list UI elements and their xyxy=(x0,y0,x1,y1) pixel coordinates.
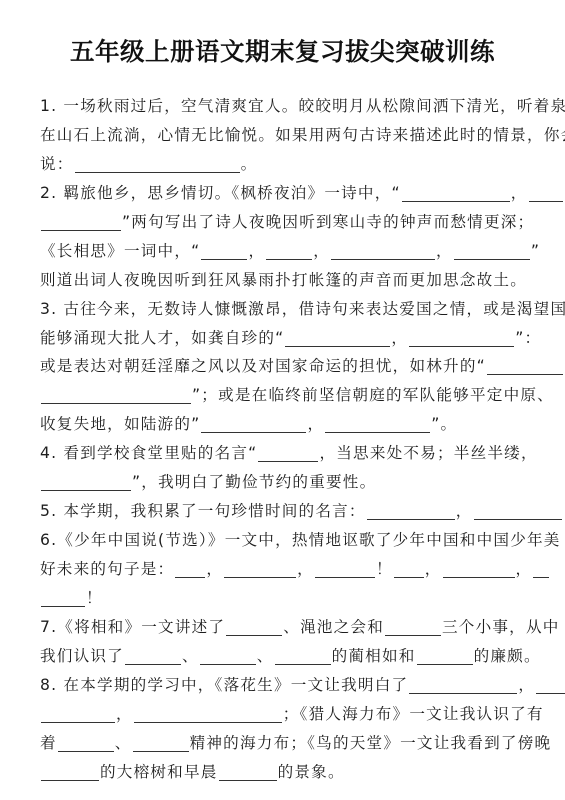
worksheet-body: 1. 一场秋雨过后，空气清爽宜人。皎皎明月从松隙间洒下清光，听着泉水在山石上流淌… xyxy=(40,92,540,787)
answer-blank[interactable] xyxy=(125,647,181,665)
question-text: ， xyxy=(511,184,528,202)
question-text: ， xyxy=(116,705,133,723)
answer-blank[interactable] xyxy=(266,242,312,260)
question-text: 、渑池之会和 xyxy=(283,618,384,636)
question-text: 的大榕树和早晨 xyxy=(100,763,218,781)
question-line: 3. 古往今来，无数诗人慷慨激昂，借诗句来表达爱国之情，或是渴望国家 xyxy=(40,295,540,324)
question-text: 。 xyxy=(241,155,258,173)
answer-blank[interactable] xyxy=(201,415,306,433)
question-text: 4. 看到学校食堂里贴的名言“ xyxy=(40,444,257,462)
answer-blank[interactable] xyxy=(385,618,441,636)
question-text: ，当思来处不易；半丝半缕， xyxy=(319,444,537,462)
answer-blank[interactable] xyxy=(133,734,189,752)
answer-blank[interactable] xyxy=(41,473,131,491)
answer-blank[interactable] xyxy=(285,329,390,347)
question-line: 《长相思》一词中，“，，，” xyxy=(40,237,540,266)
answer-blank[interactable] xyxy=(224,560,296,578)
question-line: 8. 在本学期的学习中，《落花生》一文让我明白了， xyxy=(40,671,540,700)
question-text: 收复失地，如陆游的” xyxy=(40,415,200,433)
answer-blank[interactable] xyxy=(75,155,240,173)
question-text: ”。 xyxy=(431,415,457,433)
question-text: 我们认识了 xyxy=(40,647,124,665)
question-text: ， xyxy=(391,329,408,347)
question-text: 5. 本学期，我积累了一句珍惜时间的名言： xyxy=(40,502,366,520)
question-text: ， xyxy=(516,560,533,578)
question-text: 好未来的句子是： xyxy=(40,560,174,578)
answer-blank[interactable] xyxy=(201,242,247,260)
page-title: 五年级上册语文期末复习拔尖突破训练 xyxy=(0,33,565,68)
answer-blank[interactable] xyxy=(41,763,99,781)
question-text: 《长相思》一词中，“ xyxy=(40,242,200,260)
question-text: 1. 一场秋雨过后，空气清爽宜人。皎皎明月从松隙间洒下清光，听着泉水 xyxy=(40,97,565,115)
question-6: 6.《少年中国说(节选）》一文中，热情地讴歌了少年中国和中国少年美好未来的句子是… xyxy=(40,526,540,613)
question-line: 2. 羁旅他乡，思乡情切。《枫桥夜泊》一诗中，“， xyxy=(40,179,540,208)
question-text: ” xyxy=(531,242,540,260)
question-text: 的景象。 xyxy=(278,763,345,781)
question-text: ；《猎人海力布》一文让我认识了有 xyxy=(283,705,544,723)
question-line: ”两句写出了诗人夜晚因听到寒山寺的钟声而愁情更深； xyxy=(40,208,540,237)
answer-blank[interactable] xyxy=(331,242,435,260)
question-2: 2. 羁旅他乡，思乡情切。《枫桥夜泊》一诗中，“，”两句写出了诗人夜晚因听到寒山… xyxy=(40,179,540,295)
question-line: 我们认识了、、的蔺相如和的廉颇。 xyxy=(40,642,540,671)
answer-blank[interactable] xyxy=(41,386,191,404)
answer-blank[interactable] xyxy=(219,763,277,781)
question-text: 8. 在本学期的学习中，《落花生》一文让我明白了 xyxy=(40,676,408,694)
question-text: ， xyxy=(518,676,535,694)
answer-blank[interactable] xyxy=(226,618,282,636)
question-line: ！ xyxy=(40,584,540,613)
question-text: 精神的海力布；《鸟的天堂》一文让我看到了傍晚 xyxy=(190,734,552,752)
question-text: 7.《将相和》一文讲述了 xyxy=(40,618,225,636)
question-line: 5. 本学期，我积累了一句珍惜时间的名言：， xyxy=(40,497,540,526)
question-text: ， xyxy=(436,242,453,260)
question-line: 或是表达对朝廷淫靡之风以及对国家命运的担忧，如林升的“ xyxy=(40,352,540,381)
question-text: ”两句写出了诗人夜晚因听到寒山寺的钟声而愁情更深； xyxy=(122,213,534,231)
question-line: 4. 看到学校食堂里贴的名言“，当思来处不易；半丝半缕， xyxy=(40,439,540,468)
question-1: 1. 一场秋雨过后，空气清爽宜人。皎皎明月从松隙间洒下清光，听着泉水在山石上流淌… xyxy=(40,92,540,179)
question-text: 6.《少年中国说(节选）》一文中，热情地讴歌了少年中国和中国少年美 xyxy=(40,531,561,549)
question-text: ！ xyxy=(376,560,393,578)
answer-blank[interactable] xyxy=(402,184,510,202)
answer-blank[interactable] xyxy=(487,357,563,375)
question-5: 5. 本学期，我积累了一句珍惜时间的名言：， xyxy=(40,497,540,526)
answer-blank[interactable] xyxy=(443,560,515,578)
question-text: ， xyxy=(297,560,314,578)
answer-blank[interactable] xyxy=(409,676,517,694)
question-line: ，；《猎人海力布》一文让我认识了有 xyxy=(40,700,540,729)
question-line: ”；或是在临终前坚信朝庭的军队能够平定中原、 xyxy=(40,381,540,410)
answer-blank[interactable] xyxy=(258,444,318,462)
question-text: 2. 羁旅他乡，思乡情切。《枫桥夜泊》一诗中，“ xyxy=(40,184,401,202)
question-text: ， xyxy=(425,560,442,578)
answer-blank[interactable] xyxy=(367,502,455,520)
question-text: ”；或是在临终前坚信朝庭的军队能够平定中原、 xyxy=(192,386,554,404)
question-7: 7.《将相和》一文讲述了、渑池之会和三个小事，从中我们认识了、、的蔺相如和的廉颇… xyxy=(40,613,540,671)
answer-blank[interactable] xyxy=(529,184,563,202)
answer-blank[interactable] xyxy=(134,705,282,723)
answer-blank[interactable] xyxy=(474,502,562,520)
question-text: ， xyxy=(313,242,330,260)
question-text: ”： xyxy=(515,329,541,347)
question-line: 能够涌现大批人才，如龚自珍的“，”： xyxy=(40,324,540,353)
question-8: 8. 在本学期的学习中，《落花生》一文让我明白了，，；《猎人海力布》一文让我认识… xyxy=(40,671,540,787)
answer-blank[interactable] xyxy=(41,589,85,607)
answer-blank[interactable] xyxy=(325,415,430,433)
question-text: 、 xyxy=(182,647,199,665)
answer-blank[interactable] xyxy=(58,734,114,752)
question-text: 则道出词人夜晚因听到狂风暴雨扑打帐篷的声音而更加思念故土。 xyxy=(40,271,527,289)
question-text: ！ xyxy=(86,589,103,607)
answer-blank[interactable] xyxy=(275,647,331,665)
question-4: 4. 看到学校食堂里贴的名言“，当思来处不易；半丝半缕，”，我明白了勤俭节约的重… xyxy=(40,439,540,497)
question-line: 在山石上流淌，心情无比愉悦。如果用两句古诗来描述此时的情景，你会 xyxy=(40,121,540,150)
question-text: 的蔺相如和 xyxy=(332,647,416,665)
answer-blank[interactable] xyxy=(394,560,424,578)
question-line: 则道出词人夜晚因听到狂风暴雨扑打帐篷的声音而更加思念故土。 xyxy=(40,266,540,295)
question-3: 3. 古往今来，无数诗人慷慨激昂，借诗句来表达爱国之情，或是渴望国家能够涌现大批… xyxy=(40,295,540,440)
answer-blank[interactable] xyxy=(409,329,514,347)
question-line: 收复失地，如陆游的”，”。 xyxy=(40,410,540,439)
question-text: 的廉颇。 xyxy=(474,647,541,665)
question-text: 或是表达对朝廷淫靡之风以及对国家命运的担忧，如林升的“ xyxy=(40,357,486,375)
answer-blank[interactable] xyxy=(175,560,205,578)
answer-blank[interactable] xyxy=(41,213,121,231)
answer-blank[interactable] xyxy=(417,647,473,665)
answer-blank[interactable] xyxy=(536,676,565,694)
question-line: 着、精神的海力布；《鸟的天堂》一文让我看到了傍晚 xyxy=(40,729,540,758)
question-text: 着 xyxy=(40,734,57,752)
answer-blank[interactable] xyxy=(200,647,256,665)
question-text: 3. 古往今来，无数诗人慷慨激昂，借诗句来表达爱国之情，或是渴望国家 xyxy=(40,300,565,318)
answer-blank[interactable] xyxy=(315,560,375,578)
question-text: 三个小事，从中 xyxy=(442,618,560,636)
question-text: ， xyxy=(206,560,223,578)
question-text: ”，我明白了勤俭节约的重要性。 xyxy=(132,473,376,491)
question-text: ， xyxy=(456,502,473,520)
question-line: ”，我明白了勤俭节约的重要性。 xyxy=(40,468,540,497)
question-text: 能够涌现大批人才，如龚自珍的“ xyxy=(40,329,284,347)
question-line: 7.《将相和》一文讲述了、渑池之会和三个小事，从中 xyxy=(40,613,540,642)
question-text: ， xyxy=(307,415,324,433)
question-text: 在山石上流淌，心情无比愉悦。如果用两句古诗来描述此时的情景，你会 xyxy=(40,126,565,144)
answer-blank[interactable] xyxy=(533,560,549,578)
answer-blank[interactable] xyxy=(41,705,115,723)
question-line: 的大榕树和早晨的景象。 xyxy=(40,758,540,787)
question-text: ， xyxy=(248,242,265,260)
question-line: 说：。 xyxy=(40,150,540,179)
question-line: 好未来的句子是：，，！，， xyxy=(40,555,540,584)
question-line: 1. 一场秋雨过后，空气清爽宜人。皎皎明月从松隙间洒下清光，听着泉水 xyxy=(40,92,540,121)
question-text: 说： xyxy=(40,155,74,173)
question-text: 、 xyxy=(257,647,274,665)
question-text: 、 xyxy=(115,734,132,752)
answer-blank[interactable] xyxy=(454,242,530,260)
question-line: 6.《少年中国说(节选）》一文中，热情地讴歌了少年中国和中国少年美 xyxy=(40,526,540,555)
